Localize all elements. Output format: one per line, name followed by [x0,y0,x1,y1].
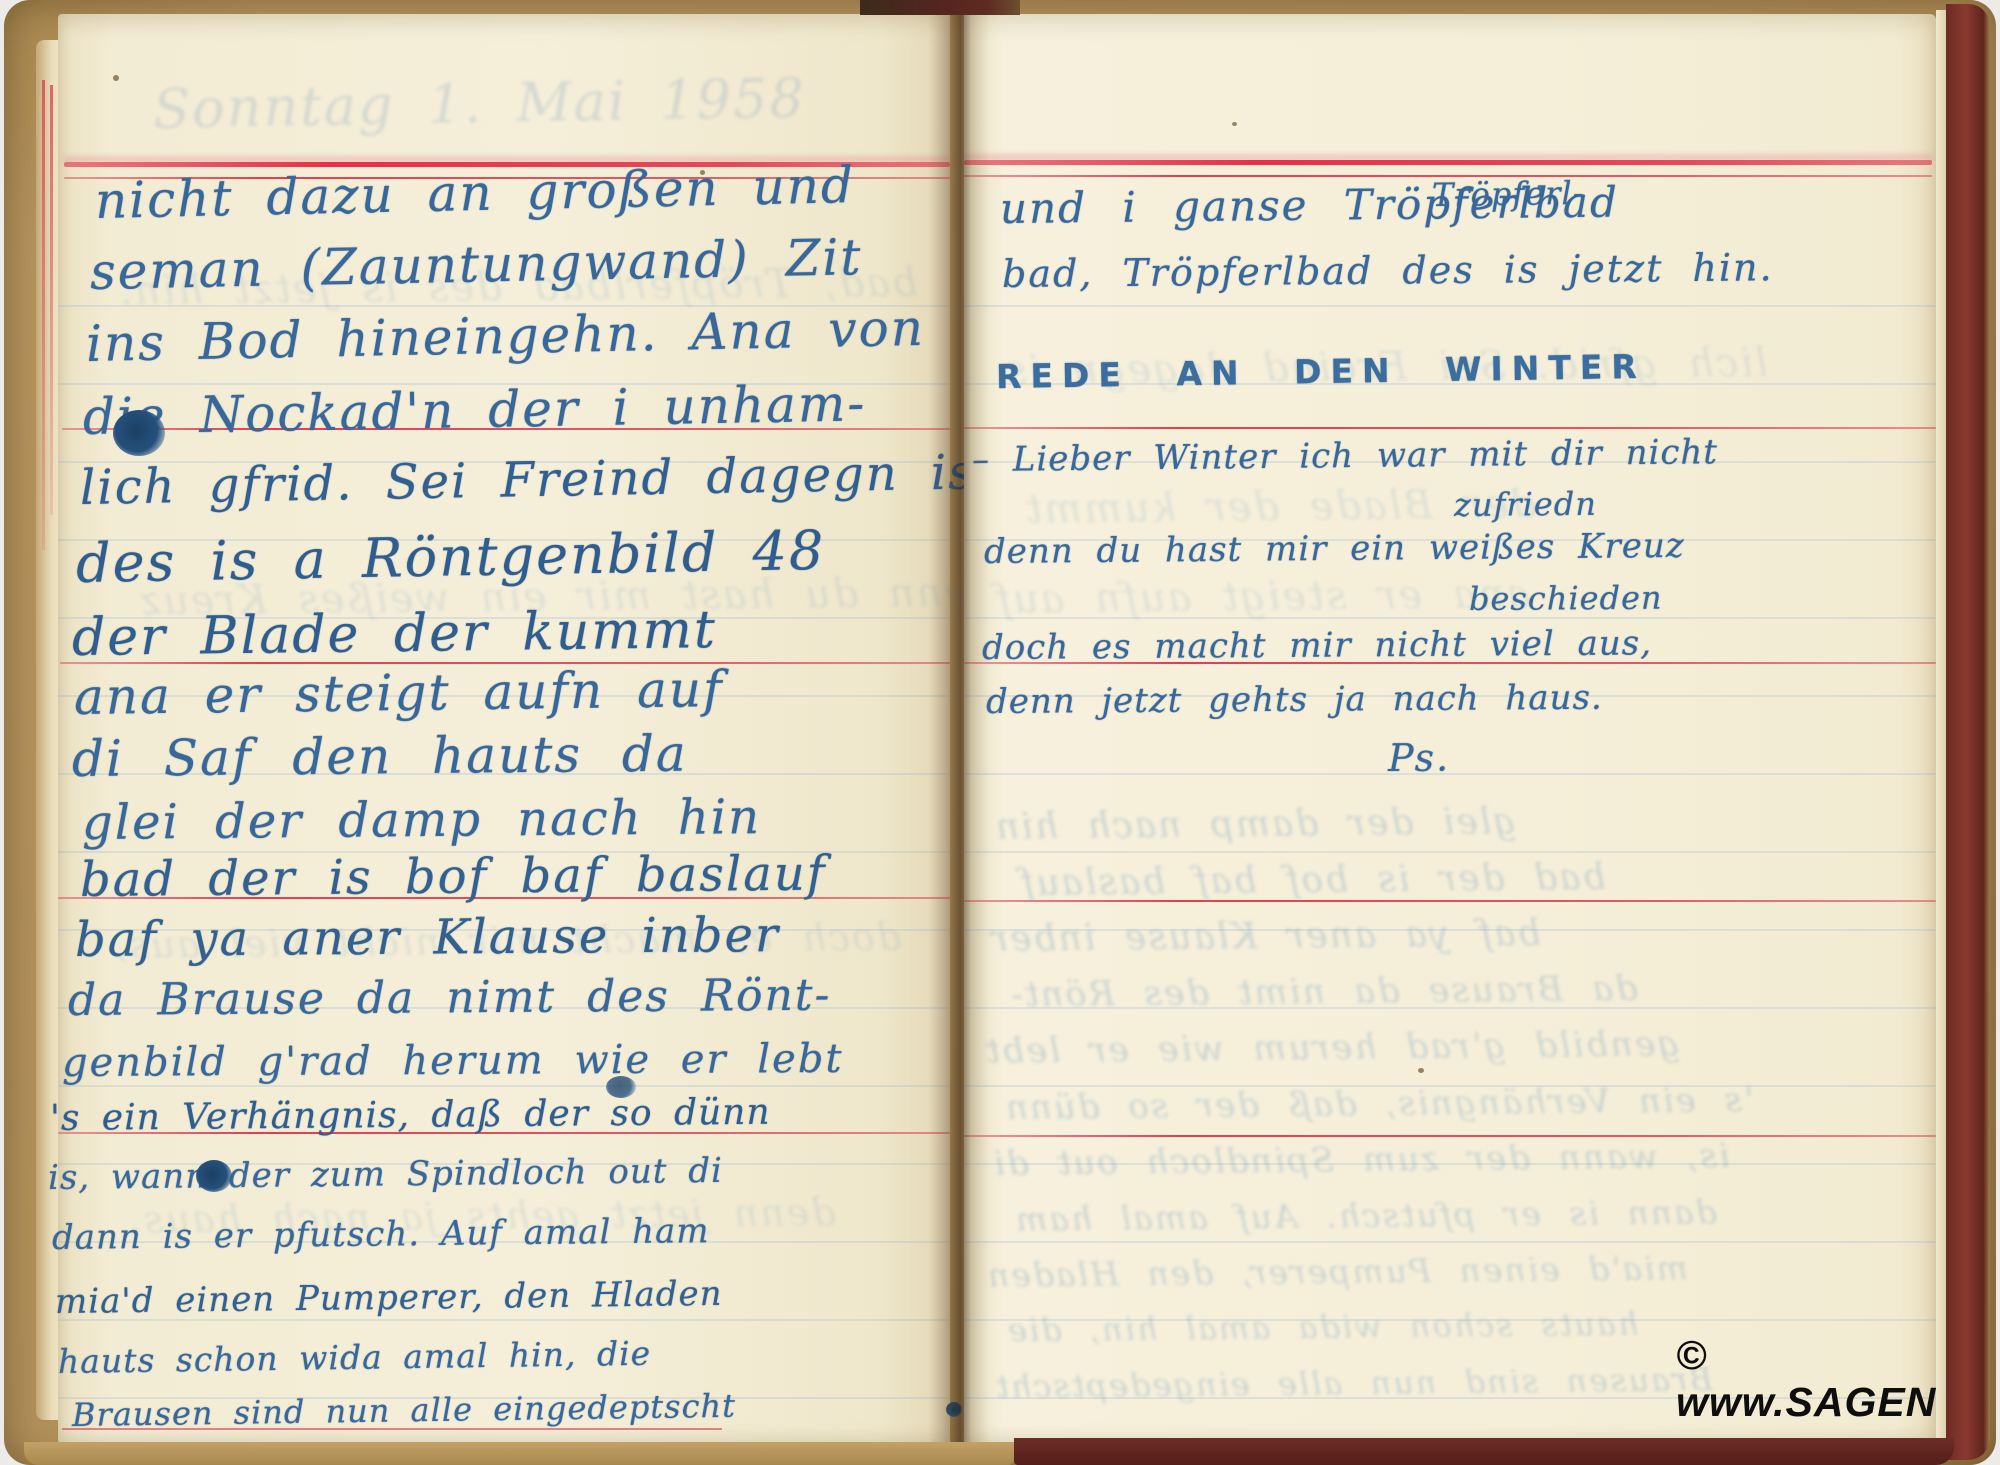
bleed-through-text: mia'd einen Pumperer, den Hladen [986,1248,1688,1294]
cover-edge-right [1946,4,1990,1460]
handwriting-line: hauts schon wida amal hin, die [58,1334,652,1381]
handwriting-line: ana er steigt aufn auf [74,660,724,726]
poem-signature: Ps. [1388,736,1450,780]
handwriting-line: da Brause da nimt des Rönt- [68,970,832,1026]
bleed-through-text: is, wann der zum Spindloch out di [992,1136,1730,1184]
handwriting-line: nicht dazu an großen und [94,156,855,230]
bleed-through-text: da Brause da nimt des Rönt- [1009,969,1638,1016]
bleed-through-text: Brausen sind nun alle eingedeptscht [994,1360,1713,1406]
handwriting-line: glei der damp nach hin [82,789,762,851]
handwriting-line: bad der is bof baf baslauf [80,845,827,908]
handwriting-line: bad, Tröpferlbad des is jetzt hin. [1002,245,1774,296]
handwriting-line: der Blade der kummt [72,600,718,668]
handwriting-line: is, wann der zum Spindloch out di [48,1151,723,1198]
bleed-through-text: dann is er pfutsch. Auf amal ham [1014,1192,1717,1238]
ink-blot [606,1076,636,1098]
foxing-speck [1232,122,1237,126]
bleed-through-text: glei der damp nach hin [994,801,1517,847]
poem-line: – Lieber Winter ich war mit dir nicht [972,432,1718,480]
bleed-through-text: 's ein Verhängnis, daß der so dünn [1004,1080,1754,1128]
foxing-speck [1418,1068,1424,1073]
page-edge-red-dye [42,80,45,550]
bleed-through-text: hauts schon wida amal hin, die [1006,1305,1639,1350]
handwriting-line: genbild g'rad herum wie er lebt [62,1036,844,1086]
left-page: Sonntag 1. Mai 1958 bad, Tröpferlbad des… [58,14,950,1444]
bleed-through-text: baf ya aner Klause inber [989,913,1541,960]
poem-line: doch es macht mir nicht viel aus, [982,623,1652,668]
poem-line: denn du hast mir ein weißes Kreuz [984,526,1685,572]
foxing-speck [700,170,705,175]
ink-blot [113,410,165,456]
bleed-through-text: ana er steigt aufn auf [994,571,1531,623]
gutter-shadow [928,0,990,1465]
page-edge-red-dye-bottom [62,1428,722,1430]
notebook-scan: Sonntag 1. Mai 1958 bad, Tröpferlbad des… [0,0,2000,1465]
handwriting-line: 's ein Verhängnis, daß der so dünn [50,1092,771,1139]
handwriting-line: baf ya aner Klause inber [75,907,780,968]
cover-edge-bottom-left [24,1442,1014,1465]
handwriting-line: Tröpferl- [1432,174,1585,214]
handwriting-line: des is a Röntgenbild 48 [75,519,825,595]
poem-line: beschieden [1469,579,1663,618]
handwriting-line: dann is er pfutsch. Auf amal ham [52,1211,710,1258]
foxing-speck [113,75,119,81]
rule-line-red [964,160,1932,165]
bleed-through-text: bad der is bof baf baslauf [1019,857,1606,904]
right-page: lich gfrid. Sei Freind dagegn is der Bla… [964,14,1936,1444]
cover-edge-bottom-right [1014,1438,1954,1465]
page-edge-red-dye [50,85,53,515]
faded-date-header: Sonntag 1. Mai 1958 [152,66,806,140]
ink-blot [196,1160,232,1192]
bleed-through-text: genbild g'rad herum wie er lebt [984,1024,1680,1071]
spine-top-band [860,0,1020,15]
handwriting-line: di Saf den hauts da [72,725,688,788]
poem-line: zufriedn [1454,485,1597,524]
poem-line: denn jetzt gehts ja nach haus. [986,678,1603,722]
handwriting-line: mia'd einen Pumperer, den Hladen [55,1274,723,1322]
